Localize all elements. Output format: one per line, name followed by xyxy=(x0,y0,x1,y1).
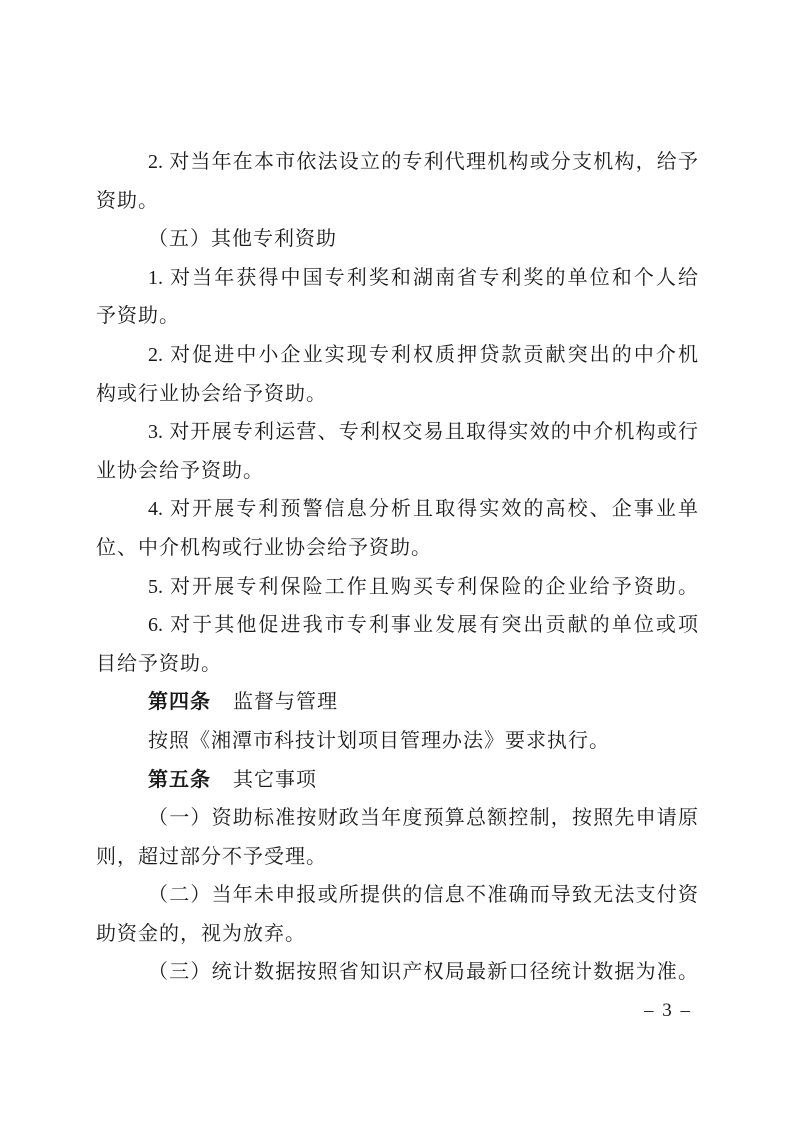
line-text: （三）统计数据按照省知识产权局最新口径统计数据为准。 xyxy=(148,961,698,983)
document-line: 2. 对当年在本市依法设立的专利代理机构或分支机构，给予 xyxy=(96,143,698,182)
document-line: 4. 对开展专利预警信息分析且取得实效的高校、企事业单 xyxy=(96,490,698,529)
document-line: 2. 对促进中小企业实现专利权质押贷款贡献突出的中介机 xyxy=(96,336,698,375)
line-text: 4. 对开展专利预警信息分析且取得实效的高校、企事业单 xyxy=(148,498,698,520)
document-line: 位、中介机构或行业协会给予资助。 xyxy=(96,529,698,568)
line-text: 3. 对开展专利运营、专利权交易且取得实效的中介机构或行 xyxy=(148,421,698,443)
document-line: 3. 对开展专利运营、专利权交易且取得实效的中介机构或行 xyxy=(96,413,698,452)
article-heading-4: 第四条监督与管理 xyxy=(96,683,698,722)
document-line: 按照《湘潭市科技计划项目管理办法》要求执行。 xyxy=(96,722,698,761)
document-line: 则，超过部分不予受理。 xyxy=(96,838,698,877)
article-heading-5: 第五条其它事项 xyxy=(96,761,698,800)
line-text: 5. 对开展专利保险工作且购买专利保险的企业给予资助。 xyxy=(148,576,698,598)
document-line: 5. 对开展专利保险工作且购买专利保险的企业给予资助。 xyxy=(96,568,698,607)
document-subheading: （五）其他专利资助 xyxy=(96,220,698,259)
line-text: （五）其他专利资助 xyxy=(148,228,337,250)
article-number: 第四条 xyxy=(148,691,211,713)
line-text: 目给予资助。 xyxy=(96,653,222,675)
page-number: – 3 – xyxy=(96,992,698,1031)
document-line: 6. 对于其他促进我市专利事业发展有突出贡献的单位或项 xyxy=(96,606,698,645)
line-text: 2. 对当年在本市依法设立的专利代理机构或分支机构，给予 xyxy=(148,151,698,173)
line-text: 则，超过部分不予受理。 xyxy=(96,846,327,868)
page-number-text: – 3 – xyxy=(644,1000,692,1021)
document-line: 目给予资助。 xyxy=(96,645,698,684)
line-text: 2. 对促进中小企业实现专利权质押贷款贡献突出的中介机 xyxy=(148,344,698,366)
article-title: 其它事项 xyxy=(233,769,317,791)
document-line: （一）资助标准按财政当年度预算总额控制，按照先申请原 xyxy=(96,799,698,838)
document-text-block: 2. 对当年在本市依法设立的专利代理机构或分支机构，给予 资助。 （五）其他专利… xyxy=(96,143,698,1031)
document-line: 构或行业协会给予资助。 xyxy=(96,375,698,414)
line-text: 构或行业协会给予资助。 xyxy=(96,383,327,405)
line-text: 资助。 xyxy=(96,190,159,212)
line-text: （一）资助标准按财政当年度预算总额控制，按照先申请原 xyxy=(148,807,698,829)
line-text: 位、中介机构或行业协会给予资助。 xyxy=(96,537,432,559)
line-text: 按照《湘潭市科技计划项目管理办法》要求执行。 xyxy=(148,730,610,752)
document-line: 助资金的，视为放弃。 xyxy=(96,915,698,954)
article-number: 第五条 xyxy=(148,769,211,791)
document-line: 予资助。 xyxy=(96,297,698,336)
document-line: 业协会给予资助。 xyxy=(96,452,698,491)
line-text: 予资助。 xyxy=(96,305,180,327)
document-line: （三）统计数据按照省知识产权局最新口径统计数据为准。 xyxy=(96,953,698,992)
document-line: （二）当年未申报或所提供的信息不准确而导致无法支付资 xyxy=(96,876,698,915)
line-text: 业协会给予资助。 xyxy=(96,460,264,482)
article-title: 监督与管理 xyxy=(233,691,338,713)
document-line: 资助。 xyxy=(96,182,698,221)
document-page: 2. 对当年在本市依法设立的专利代理机构或分支机构，给予 资助。 （五）其他专利… xyxy=(0,0,793,1122)
line-text: 助资金的，视为放弃。 xyxy=(96,923,306,945)
line-text: 6. 对于其他促进我市专利事业发展有突出贡献的单位或项 xyxy=(148,614,698,636)
document-line: 1. 对当年获得中国专利奖和湖南省专利奖的单位和个人给 xyxy=(96,259,698,298)
line-text: （二）当年未申报或所提供的信息不准确而导致无法支付资 xyxy=(148,884,698,906)
line-text: 1. 对当年获得中国专利奖和湖南省专利奖的单位和个人给 xyxy=(148,267,698,289)
